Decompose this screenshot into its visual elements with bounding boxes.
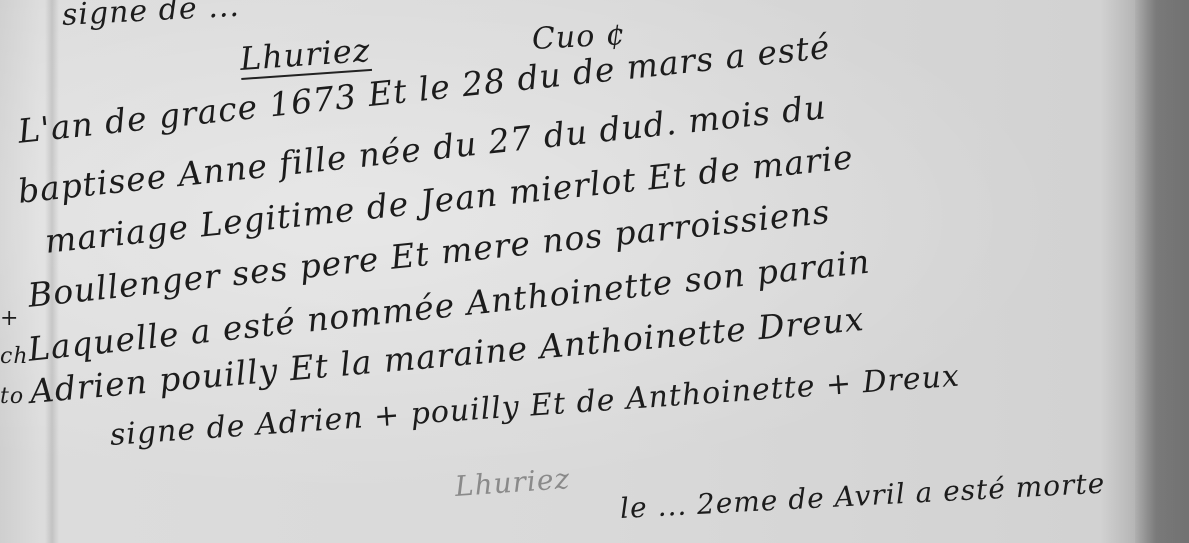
- signature-lhuriez-top: Lhuriez: [239, 31, 372, 80]
- record-line-next-entry: le ... 2eme de Avril a esté morte: [619, 467, 1106, 525]
- margin-note-3: to: [0, 384, 24, 409]
- signature-lhuriez-bottom: Lhuriez: [454, 462, 571, 503]
- margin-stain: [45, 0, 59, 543]
- manuscript-page: signe de ... Lhuriez Cuo ¢ L'an de grace…: [0, 0, 1189, 543]
- margin-note-1: +: [0, 306, 19, 331]
- margin-note-2: ch: [0, 344, 29, 369]
- top-fragment-text: signe de ...: [61, 0, 241, 33]
- page-edge-shadow: [1135, 0, 1189, 543]
